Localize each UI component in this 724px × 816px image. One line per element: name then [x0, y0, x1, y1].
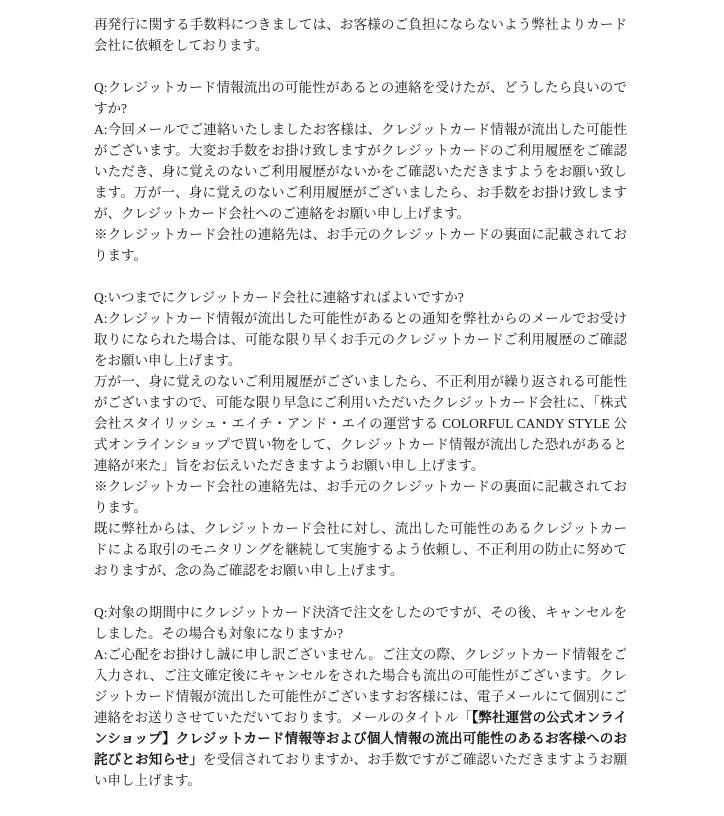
faq-question: Q:クレジットカード情報流出の可能性があるとの連絡を受けたが、どうしたら良いので…: [94, 77, 627, 119]
faq-block-card-leak-contact: Q:クレジットカード情報流出の可能性があるとの連絡を受けたが、どうしたら良いので…: [94, 77, 627, 266]
faq-note-paragraph: ※クレジットカード会社の連絡先は、お手元のクレジットカードの裏面に記載されており…: [94, 224, 627, 266]
faq-note-paragraph: ※クレジットカード会社の連絡先は、お手元のクレジットカードの裏面に記載されており…: [94, 476, 627, 518]
faq-answer-paragraph: A:今回メールでご連絡いたしましたお客様は、クレジットカード情報が流出した可能性…: [94, 119, 627, 224]
faq-question: Q:対象の期間中にクレジットカード決済で注文をしたのですが、その後、キャンセルを…: [94, 602, 627, 644]
faq-question: Q:いつまでにクレジットカード会社に連絡すればよいですか?: [94, 287, 627, 308]
faq-document-page: 再発行に関する手数料につきましては、お客様のご負担にならないよう弊社よりカード会…: [0, 0, 724, 816]
faq-block-contact-deadline: Q:いつまでにクレジットカード会社に連絡すればよいですか? A:クレジットカード…: [94, 287, 627, 581]
faq-block-cancelled-order: Q:対象の期間中にクレジットカード決済で注文をしたのですが、その後、キャンセルを…: [94, 602, 627, 791]
faq-answer-paragraph: A:ご心配をお掛けし誠に申し訳ございません。ご注文の際、クレジットカード情報をご…: [94, 644, 627, 791]
intro-paragraph: 再発行に関する手数料につきましては、お客様のご負担にならないよう弊社よりカード会…: [94, 14, 627, 56]
faq-answer-paragraph: 既に弊社からは、クレジットカード会社に対し、流出した可能性のあるクレジットカード…: [94, 518, 627, 581]
faq-answer-paragraph: 万が一、身に覚えのないご利用履歴がございましたら、不正利用が繰り返される可能性が…: [94, 371, 627, 476]
faq-answer-paragraph: A:クレジットカード情報が流出した可能性があるとの通知を弊社からのメールでお受け…: [94, 308, 627, 371]
